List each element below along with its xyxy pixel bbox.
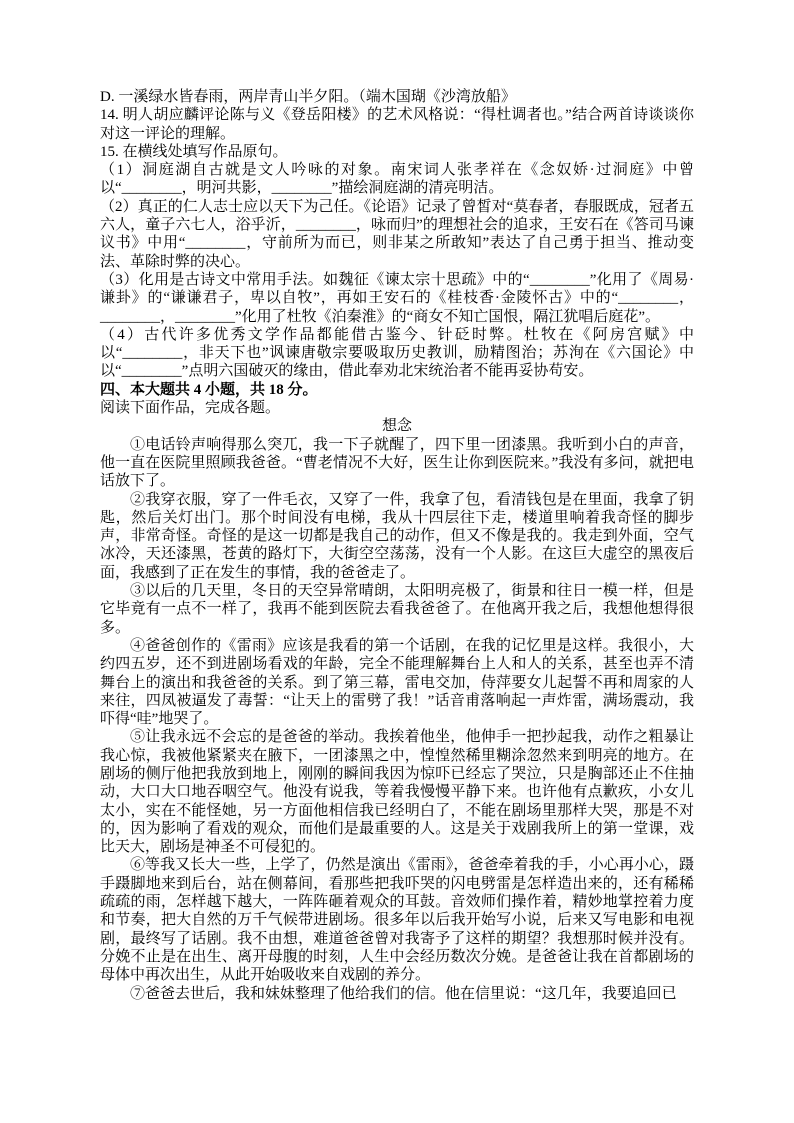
essay-paragraph-1: ①电话铃声响得那么突兀，我一下子就醒了，四下里一团漆黑。我听到小白的声音，他一直… (100, 436, 694, 491)
reading-instruction: 阅读下面作品，完成各题。 (100, 399, 694, 417)
option-d-line: D. 一溪绿水皆春雨，两岸青山半夕阳。（端木国瑚《沙湾放船》 (100, 88, 694, 106)
essay-paragraph-4: ④爸爸创作的《雷雨》应该是我看的第一个话剧，在我的记忆里是这样。我很小，大约四五… (100, 637, 694, 728)
question-14: 14. 明人胡应麟评论陈与义《登岳阳楼》的艺术风格说：“得杜调者也。”结合两首诗… (100, 106, 694, 143)
essay-paragraph-3: ③以后的几天里，冬日的天空异常晴朗，太阳明亮极了，街景和往日一模一样，但是它毕竟… (100, 582, 694, 637)
exam-page: D. 一溪绿水皆春雨，两岸青山半夕阳。（端木国瑚《沙湾放船》 14. 明人胡应麟… (0, 0, 794, 1123)
question-15-item-4: （4）古代许多优秀文学作品都能借古鉴今、针砭时弊。杜牧在《阿房宫赋》中以“___… (100, 326, 694, 381)
essay-paragraph-6: ⑥等我又长大一些，上学了，仍然是演出《雷雨》，爸爸牵着我的手，小心再小心，蹑手蹑… (100, 856, 694, 984)
question-15-intro: 15. 在横线处填写作品原句。 (100, 143, 694, 161)
essay-title: 想念 (100, 417, 694, 435)
question-15-item-2: （2）真正的仁人志士应以天下为己任。《论语》记录了曾皙对“莫春者，春服既成，冠者… (100, 198, 694, 271)
essay-paragraph-2: ②我穿衣服，穿了一件毛衣，又穿了一件，我拿了包，看清钱包是在里面，我拿了钥匙，然… (100, 491, 694, 582)
question-15-item-3: （3）化用是古诗文中常用手法。如魏征《谏太宗十思疏》中的“________”化用… (100, 271, 694, 326)
essay-paragraph-5: ⑤让我永远不会忘的是爸爸的举动。我挨着他坐，他伸手一把抄起我，动作之粗暴让我心惊… (100, 728, 694, 856)
essay-paragraph-7: ⑦爸爸去世后，我和妹妹整理了他给我们的信。他在信里说：“这几年，我要追回已 (100, 985, 694, 1003)
question-15-item-1: （1）洞庭湖自古就是文人吟咏的对象。南宋词人张孝祥在《念奴娇·过洞庭》中曾以“_… (100, 161, 694, 198)
section-4-heading: 四、本大题共 4 小题，共 18 分。 (100, 381, 694, 399)
